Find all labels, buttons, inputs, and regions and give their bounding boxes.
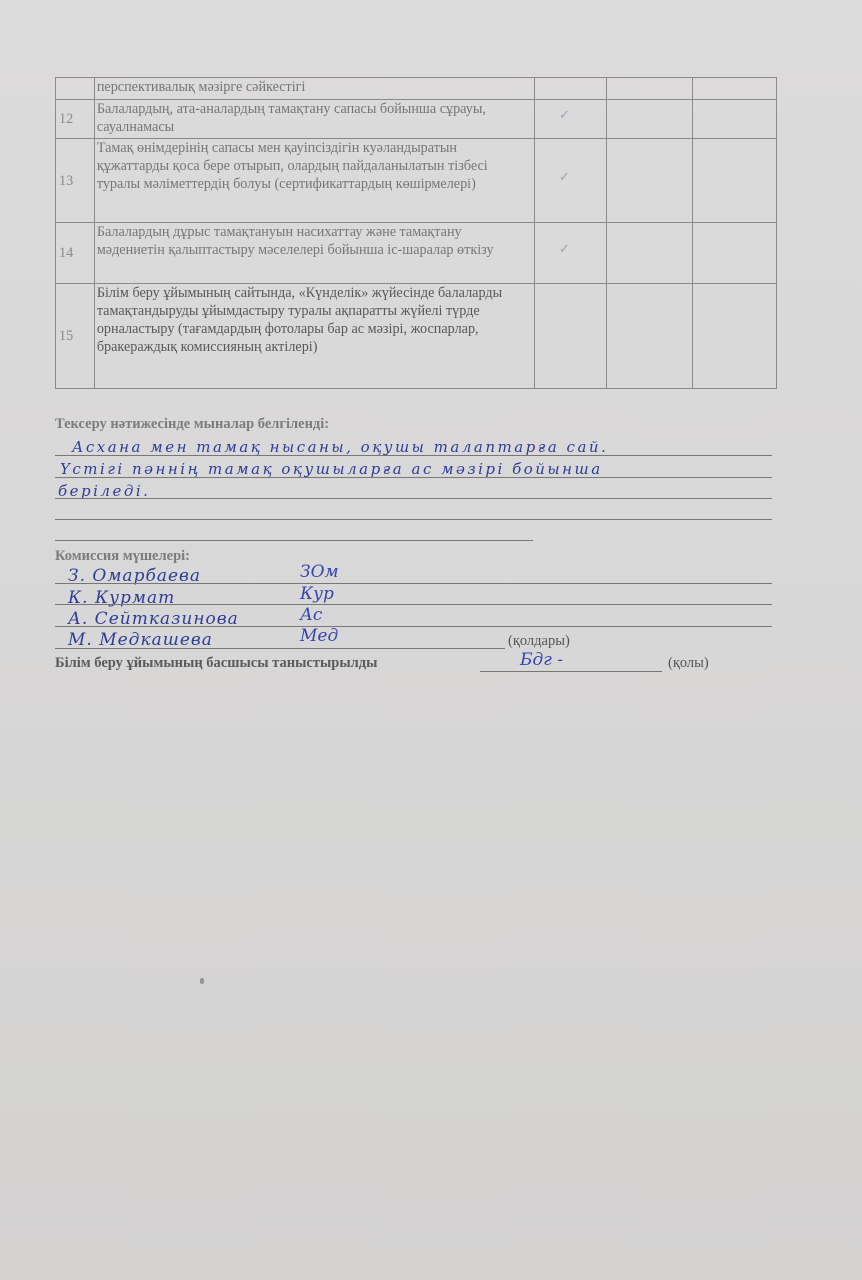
- member-signature: Мед: [300, 626, 338, 646]
- check-mark-icon: ✓: [537, 107, 605, 125]
- row-mark-no: [607, 78, 692, 100]
- member-signature: Ас: [300, 605, 322, 625]
- member-name: М. Медкашева: [68, 630, 213, 650]
- row-mark-yes: ✓: [534, 100, 607, 139]
- row-note: [692, 139, 776, 223]
- table-row: перспективалық мәзірге сәйкестігі: [56, 78, 777, 100]
- findings-rule: [55, 540, 533, 541]
- member-signature: Кур: [300, 584, 334, 604]
- head-caption: (қолы): [668, 655, 709, 672]
- row-note: [692, 223, 776, 284]
- commission-label: Комиссия мүшелері:: [55, 548, 190, 565]
- row-mark-yes: [534, 78, 607, 100]
- row-mark-no: [607, 139, 692, 223]
- row-mark-yes: [534, 284, 607, 389]
- paper-speck: [200, 978, 204, 984]
- head-signature: Бдг -: [520, 650, 563, 670]
- findings-rule: [55, 477, 772, 478]
- table-row: 15 Білім беру ұйымының сайтында, «Күндел…: [56, 284, 777, 389]
- row-note: [692, 100, 776, 139]
- head-signature-rule: [480, 671, 662, 672]
- member-name: К. Курмат: [68, 588, 175, 608]
- document-page: перспективалық мәзірге сәйкестігі 12 Бал…: [0, 0, 862, 1280]
- row-mark-no: [607, 100, 692, 139]
- check-mark-icon: ✓: [537, 241, 605, 259]
- checklist-table: перспективалық мәзірге сәйкестігі 12 Бал…: [55, 77, 777, 389]
- signature-rule: [55, 648, 505, 649]
- row-mark-no: [607, 284, 692, 389]
- row-note: [692, 78, 776, 100]
- findings-line-1: Асхана мен тамақ нысаны, оқушы талаптарғ…: [72, 438, 608, 456]
- head-label: Білім беру ұйымының басшысы таныстырылды: [55, 655, 377, 672]
- check-mark-icon: ✓: [537, 169, 605, 187]
- row-mark-yes: ✓: [534, 139, 607, 223]
- findings-rule: [55, 519, 772, 520]
- row-number: 12: [56, 100, 95, 139]
- table-row: 14 Балалардың дұрыс тамақтануын насихатт…: [56, 223, 777, 284]
- member-signature: ЗОм: [300, 562, 339, 582]
- row-number: [56, 78, 95, 100]
- row-mark-no: [607, 223, 692, 284]
- row-description: Балалардың дұрыс тамақтануын насихаттау …: [94, 223, 534, 284]
- row-description: перспективалық мәзірге сәйкестігі: [94, 78, 534, 100]
- row-description: Білім беру ұйымының сайтында, «Күнделік»…: [94, 284, 534, 389]
- findings-label: Тексеру нәтижесінде мыналар белгіленді:: [55, 416, 329, 433]
- findings-line-2: Үстігі пәннің тамақ оқушыларға ас мәзірі…: [60, 460, 603, 478]
- row-number: 14: [56, 223, 95, 284]
- row-number: 13: [56, 139, 95, 223]
- signature-rule: [55, 583, 772, 584]
- signature-rule: [55, 626, 772, 627]
- row-description: Балалардың, ата-аналардың тамақтану сапа…: [94, 100, 534, 139]
- signature-rule: [55, 604, 772, 605]
- row-number: 15: [56, 284, 95, 389]
- row-note: [692, 284, 776, 389]
- findings-rule: [55, 455, 772, 456]
- table-row: 12 Балалардың, ата-аналардың тамақтану с…: [56, 100, 777, 139]
- row-description: Тамақ өнімдерінің сапасы мен қауіпсіздіг…: [94, 139, 534, 223]
- table-row: 13 Тамақ өнімдерінің сапасы мен қауіпсіз…: [56, 139, 777, 223]
- row-mark-yes: ✓: [534, 223, 607, 284]
- findings-rule: [55, 498, 772, 499]
- signatures-caption: (қолдары): [508, 633, 570, 650]
